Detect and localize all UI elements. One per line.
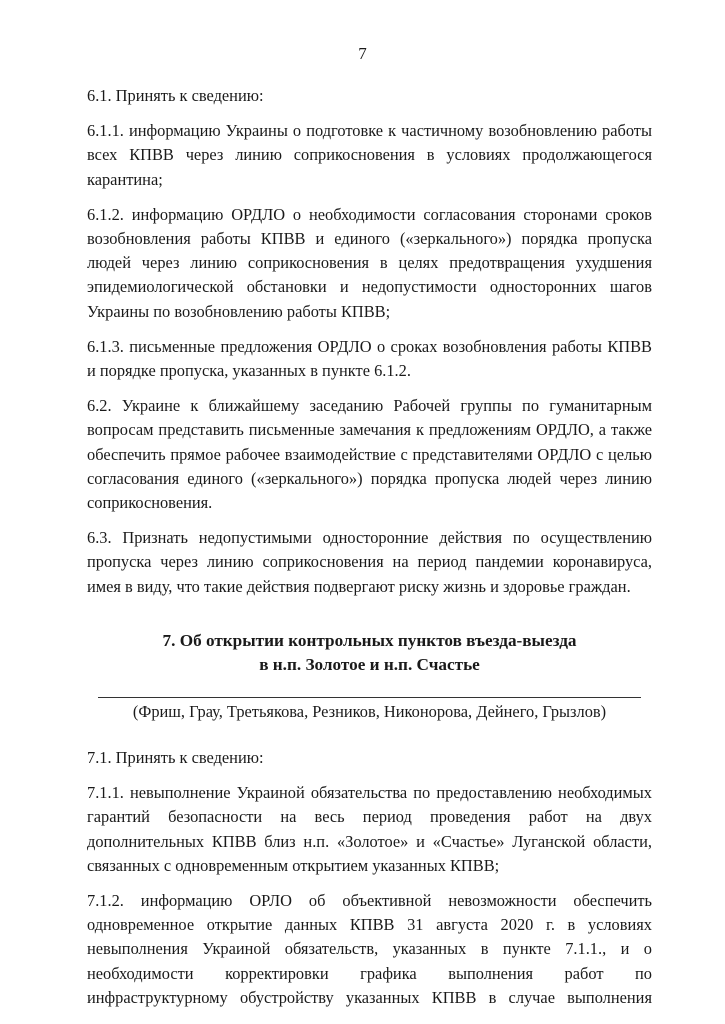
paragraph-6-1-1: 6.1.1. информацию Украины о подготовке к… <box>87 119 652 192</box>
page-number: 7 <box>0 44 725 64</box>
section-7-heading-line2: в н.п. Золотое и н.п. Счастье <box>87 653 652 677</box>
document-body: 6.1. Принять к сведению: 6.1.1. информац… <box>87 84 652 1021</box>
paragraph-6-3: 6.3. Признать недопустимыми односторонни… <box>87 526 652 599</box>
paragraph-6-2: 6.2. Украине к ближайшему заседанию Рабо… <box>87 394 652 515</box>
paragraph-6-1-3: 6.1.3. письменные предложения ОРДЛО о ср… <box>87 335 652 383</box>
divider-line <box>98 697 641 698</box>
paragraph-7-1-1: 7.1.1. невыполнение Украиной обязательст… <box>87 781 652 878</box>
paragraph-7-1-2: 7.1.2. информацию ОРЛО об объективной не… <box>87 889 652 1010</box>
section-7-heading: 7. Об открытии контрольных пунктов въезд… <box>87 629 652 677</box>
section-7-heading-line1: 7. Об открытии контрольных пунктов въезд… <box>87 629 652 653</box>
participants-list: (Фриш, Грау, Третьякова, Резников, Никон… <box>87 700 652 724</box>
paragraph-6-1: 6.1. Принять к сведению: <box>87 84 652 108</box>
paragraph-7-1: 7.1. Принять к сведению: <box>87 746 652 770</box>
paragraph-6-1-2: 6.1.2. информацию ОРДЛО о необходимости … <box>87 203 652 324</box>
